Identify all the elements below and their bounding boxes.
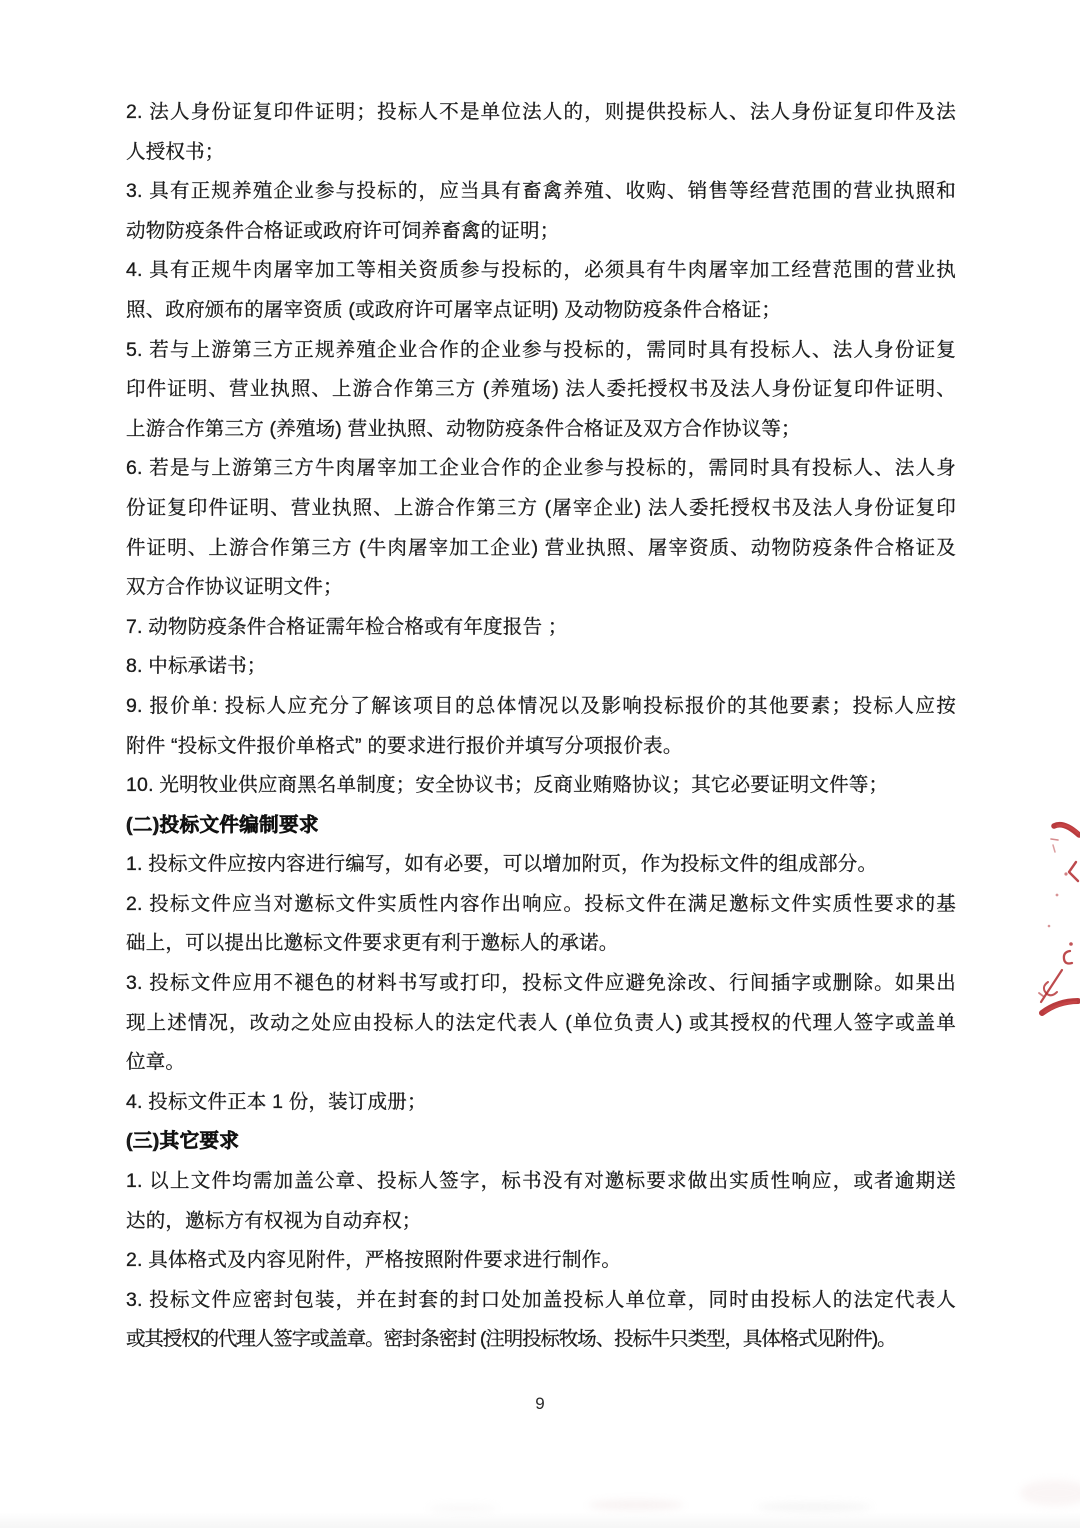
text-line: 1. 以上文件均需加盖公章、投标人签字，标书没有对邀标要求做出实质性响应，或者逾…	[126, 1162, 956, 1202]
text-line: 位章。	[126, 1043, 956, 1083]
scan-smudge	[1020, 1480, 1080, 1506]
text-line: 8. 中标承诺书；	[126, 647, 956, 687]
text-line: 2. 投标文件应当对邀标文件实质性内容作出响应。投标文件在满足邀标文件实质性要求…	[126, 885, 956, 925]
text-line: 4. 具有正规牛肉屠宰加工等相关资质参与投标的，必须具有牛肉屠宰加工经营范围的营…	[126, 251, 956, 291]
red-handwriting-marks	[1028, 812, 1080, 1024]
text-line: 2. 法人身份证复印件证明；投标人不是单位法人的，则提供投标人、法人身份证复印件…	[126, 93, 956, 133]
text-line: 动物防疫条件合格证或政府许可饲养畜禽的证明；	[126, 212, 956, 252]
scan-smudge	[428, 1505, 498, 1512]
text-line: 人授权书；	[126, 133, 956, 173]
text-line: 份证复印件证明、营业执照、上游合作第三方 (屠宰企业) 法人委托授权书及法人身份…	[126, 489, 956, 529]
text-line: 3. 投标文件应密封包装，并在封套的封口处加盖投标人单位章，同时由投标人的法定代…	[126, 1281, 956, 1321]
text-line: 附件 “投标文件报价单格式” 的要求进行报价并填写分项报价表。	[126, 727, 956, 767]
text-line: 础上，可以提出比邀标文件要求更有利于邀标人的承诺。	[126, 924, 956, 964]
text-line: 照、政府颁布的屠宰资质 (或政府许可屠宰点证明) 及动物防疫条件合格证；	[126, 291, 956, 331]
text-line: 5. 若与上游第三方正规养殖企业合作的企业参与投标的，需同时具有投标人、法人身份…	[126, 331, 956, 371]
text-line: 6. 若是与上游第三方牛肉屠宰加工企业合作的企业参与投标的，需同时具有投标人、法…	[126, 449, 956, 489]
text-line: 3. 具有正规养殖企业参与投标的，应当具有畜禽养殖、收购、销售等经营范围的营业执…	[126, 172, 956, 212]
text-line: 2. 具体格式及内容见附件，严格按照附件要求进行制作。	[126, 1241, 956, 1281]
section-heading: (二)投标文件编制要求	[126, 806, 956, 846]
text-line: 1. 投标文件应按内容进行编写，如有必要，可以增加附页，作为投标文件的组成部分。	[126, 845, 956, 885]
scan-smudge	[588, 1500, 684, 1510]
document-page: 2. 法人身份证复印件证明；投标人不是单位法人的，则提供投标人、法人身份证复印件…	[0, 0, 1080, 1528]
text-line: 10. 光明牧业供应商黑名单制度；安全协议书；反商业贿赂协议；其它必要证明文件等…	[126, 766, 956, 806]
text-line: 9. 报价单: 投标人应充分了解该项目的总体情况以及影响投标报价的其他要素；投标…	[126, 687, 956, 727]
page-number: 9	[0, 1394, 1080, 1414]
page-bottom-edge-shadow	[0, 1512, 1080, 1528]
text-line: 上游合作第三方 (养殖场) 营业执照、动物防疫条件合格证及双方合作协议等；	[126, 410, 956, 450]
text-line: 7. 动物防疫条件合格证需年检合格或有年度报告 ；	[126, 608, 956, 648]
text-line: 达的，邀标方有权视为自动弃权；	[126, 1202, 956, 1242]
text-line: 4. 投标文件正本 1 份，装订成册；	[126, 1083, 956, 1123]
text-line: 印件证明、营业执照、上游合作第三方 (养殖场) 法人委托授权书及法人身份证复印件…	[126, 370, 956, 410]
text-block: 2. 法人身份证复印件证明；投标人不是单位法人的，则提供投标人、法人身份证复印件…	[126, 93, 956, 1360]
section-heading: (三)其它要求	[126, 1122, 956, 1162]
scan-smudge	[756, 1503, 872, 1511]
text-line: 现上述情况，改动之处应由投标人的法定代表人 (单位负责人) 或其授权的代理人签字…	[126, 1004, 956, 1044]
text-line: 件证明、上游合作第三方 (牛肉屠宰加工企业) 营业执照、屠宰资质、动物防疫条件合…	[126, 529, 956, 569]
text-line: 双方合作协议证明文件；	[126, 568, 956, 608]
text-line: 3. 投标文件应用不褪色的材料书写或打印，投标文件应避免涂改、行间插字或删除。如…	[126, 964, 956, 1004]
text-line: 或其授权的代理人签字或盖章。密封条密封 (注明投标牧场、投标牛只类型，具体格式见…	[126, 1320, 956, 1360]
